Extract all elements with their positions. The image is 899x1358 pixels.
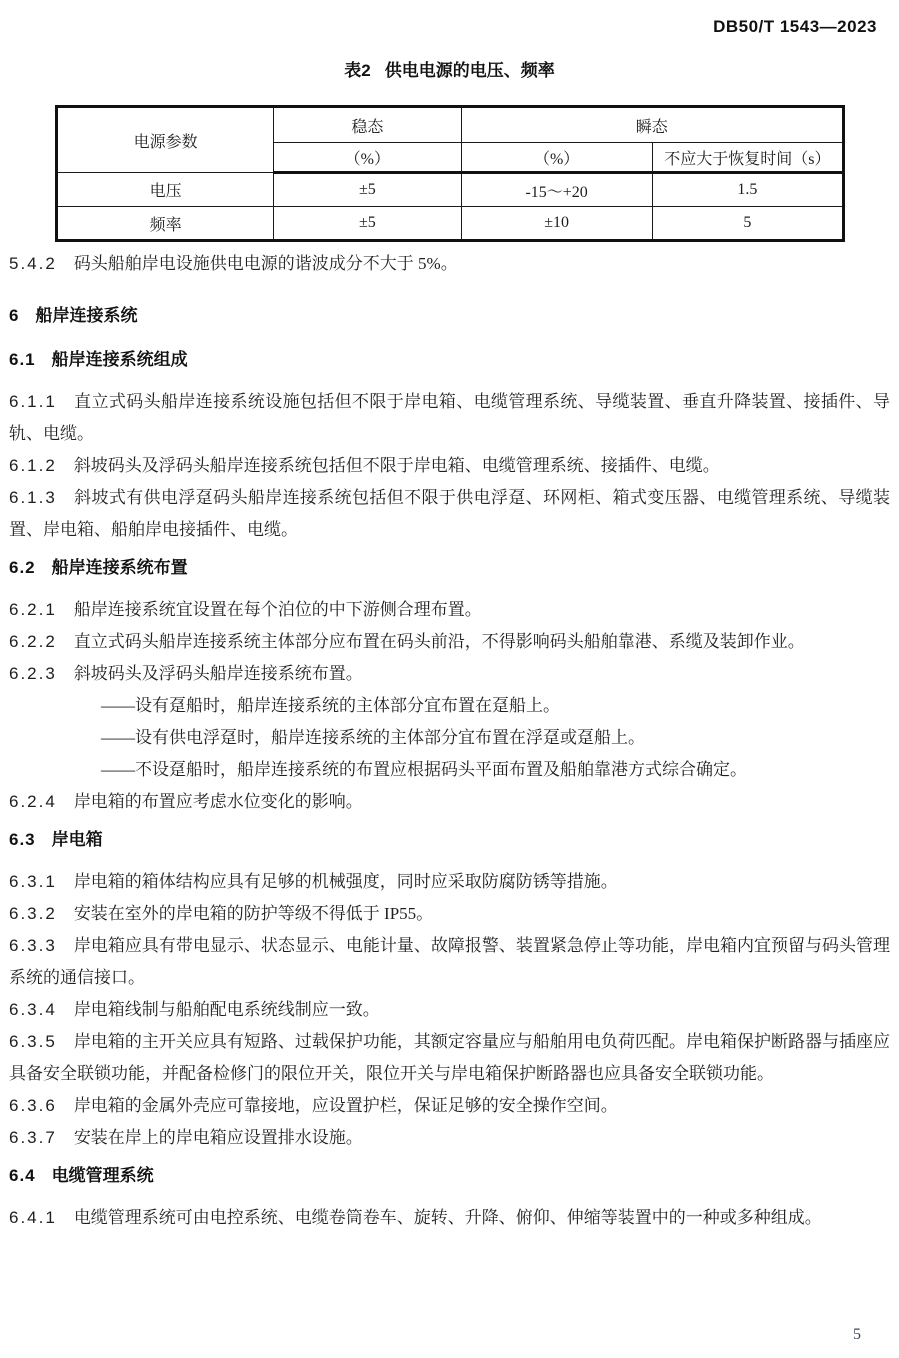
clause-text: 船岸连接系统布置 — [52, 558, 188, 577]
clause-text: 岸电箱线制与船舶配电系统线制应一致。 — [74, 1000, 380, 1019]
header-cell-recovery: 不应大于恢复时间（s） — [652, 143, 843, 173]
clause-text: 船岸连接系统 — [35, 306, 137, 325]
dash-list-item: ——设有供电浮趸时，船岸连接系统的主体部分宜布置在浮趸或趸船上。 — [9, 722, 890, 754]
section-heading: 6.2船岸连接系统布置 — [9, 552, 890, 584]
clause-number: 5.4.2 — [9, 254, 57, 273]
clause-text: ——不设趸船时，船岸连接系统的布置应根据码头平面布置及船舶靠港方式综合确定。 — [101, 760, 747, 779]
power-supply-table: 电源参数 稳态 瞬态 （%） （%） 不应大于恢复时间（s） 电压 ±5 -15… — [55, 105, 845, 242]
clause-text: 安装在室外的岸电箱的防护等级不得低于 IP55。 — [74, 904, 433, 923]
clause-paragraph: 6.3.1岸电箱的箱体结构应具有足够的机械强度，同时应采取防腐防锈等措施。 — [9, 866, 890, 898]
clause-paragraph: 6.1.3斜坡式有供电浮趸码头船岸连接系统包括但不限于供电浮趸、环网柜、箱式变压… — [9, 482, 890, 546]
cell-steady: ±5 — [274, 173, 461, 207]
clause-text: 斜坡式有供电浮趸码头船岸连接系统包括但不限于供电浮趸、环网柜、箱式变压器、电缆管… — [9, 488, 890, 539]
table-header-row-1: 电源参数 稳态 瞬态 — [57, 107, 844, 143]
cell-steady: ±5 — [274, 207, 461, 241]
clause-number: 6.3.7 — [9, 1128, 57, 1147]
clause-paragraph: 6.3.7安装在岸上的岸电箱应设置排水设施。 — [9, 1122, 890, 1154]
clause-paragraph: 6.2.2直立式码头船岸连接系统主体部分应布置在码头前沿，不得影响码头船舶靠港、… — [9, 626, 890, 658]
standard-number-header: DB50/T 1543—2023 — [713, 17, 877, 37]
clause-text: 直立式码头船岸连接系统设施包括但不限于岸电箱、电缆管理系统、导缆装置、垂直升降装… — [9, 392, 890, 443]
clause-paragraph: 6.3.6岸电箱的金属外壳应可靠接地，应设置护栏，保证足够的安全操作空间。 — [9, 1090, 890, 1122]
table-row-voltage: 电压 ±5 -15～+20 1.5 — [57, 173, 844, 207]
table-title-number: 表2 — [344, 61, 370, 80]
section-heading: 6.1船岸连接系统组成 — [9, 344, 890, 376]
clause-number: 6.3 — [9, 830, 36, 849]
table-row-frequency: 频率 ±5 ±10 5 — [57, 207, 844, 241]
clause-text: 斜坡码头及浮码头船岸连接系统包括但不限于岸电箱、电缆管理系统、接插件、电缆。 — [74, 456, 720, 475]
clause-number: 6.1.3 — [9, 488, 57, 507]
cell-recovery: 5 — [652, 207, 843, 241]
cell-transient: ±10 — [461, 207, 652, 241]
clause-number: 6 — [9, 306, 19, 325]
header-cell-steady-unit: （%） — [274, 143, 461, 173]
clause-number: 6.4 — [9, 1166, 36, 1185]
page-content: 表2供电电源的电压、频率 电源参数 稳态 瞬态 （%） （%） 不应大于恢复时间… — [0, 0, 899, 1234]
header-cell-transient-unit: （%） — [461, 143, 652, 173]
section-heading: 6.4电缆管理系统 — [9, 1160, 890, 1192]
table-title: 表2供电电源的电压、频率 — [9, 0, 890, 81]
clause-number: 6.3.5 — [9, 1032, 57, 1051]
cell-param: 电压 — [57, 173, 274, 207]
clause-text: 斜坡码头及浮码头船岸连接系统布置。 — [74, 664, 363, 683]
cell-transient: -15～+20 — [461, 173, 652, 207]
clause-number: 6.2.2 — [9, 632, 57, 651]
clause-paragraph: 6.1.1直立式码头船岸连接系统设施包括但不限于岸电箱、电缆管理系统、导缆装置、… — [9, 386, 890, 450]
section-heading: 6.3岸电箱 — [9, 824, 890, 856]
clause-paragraph: 6.3.4岸电箱线制与船舶配电系统线制应一致。 — [9, 994, 890, 1026]
clause-text: 码头船舶岸电设施供电电源的谐波成分不大于 5%。 — [74, 254, 458, 273]
header-cell-steady: 稳态 — [274, 107, 461, 143]
dash-list-item: ——设有趸船时，船岸连接系统的主体部分宜布置在趸船上。 — [9, 690, 890, 722]
clause-paragraph: 6.2.4岸电箱的布置应考虑水位变化的影响。 — [9, 786, 890, 818]
clause-text: 直立式码头船岸连接系统主体部分应布置在码头前沿，不得影响码头船舶靠港、系缆及装卸… — [74, 632, 805, 651]
clause-text: 岸电箱的布置应考虑水位变化的影响。 — [74, 792, 363, 811]
clause-paragraph: 6.3.2安装在室外的岸电箱的防护等级不得低于 IP55。 — [9, 898, 890, 930]
clause-number: 6.2.3 — [9, 664, 57, 683]
clause-paragraph: 5.4.2码头船舶岸电设施供电电源的谐波成分不大于 5%。 — [9, 248, 890, 280]
document-page: DB50/T 1543—2023 表2供电电源的电压、频率 电源参数 稳态 瞬态… — [0, 0, 899, 1358]
chapter-heading: 6船岸连接系统 — [9, 300, 890, 332]
clause-number: 6.1.2 — [9, 456, 57, 475]
clause-paragraph: 6.2.1船岸连接系统宜设置在每个泊位的中下游侧合理布置。 — [9, 594, 890, 626]
clause-text: 安装在岸上的岸电箱应设置排水设施。 — [74, 1128, 363, 1147]
cell-recovery: 1.5 — [652, 173, 843, 207]
clause-paragraph: 6.2.3斜坡码头及浮码头船岸连接系统布置。 — [9, 658, 890, 690]
clause-text: ——设有趸船时，船岸连接系统的主体部分宜布置在趸船上。 — [101, 696, 560, 715]
clause-number: 6.3.1 — [9, 872, 57, 891]
clause-paragraph: 6.1.2斜坡码头及浮码头船岸连接系统包括但不限于岸电箱、电缆管理系统、接插件、… — [9, 450, 890, 482]
clause-number: 6.3.3 — [9, 936, 57, 955]
clause-number: 6.2.1 — [9, 600, 57, 619]
clause-paragraph: 6.4.1电缆管理系统可由电控系统、电缆卷筒卷车、旋转、升降、俯仰、伸缩等装置中… — [9, 1202, 890, 1234]
clause-text: 电缆管理系统可由电控系统、电缆卷筒卷车、旋转、升降、俯仰、伸缩等装置中的一种或多… — [74, 1208, 822, 1227]
clause-paragraph: 6.3.3岸电箱应具有带电显示、状态显示、电能计量、故障报警、装置紧急停止等功能… — [9, 930, 890, 994]
clause-paragraph: 6.3.5岸电箱的主开关应具有短路、过载保护功能，其额定容量应与船舶用电负荷匹配… — [9, 1026, 890, 1090]
clause-text: 岸电箱的主开关应具有短路、过载保护功能，其额定容量应与船舶用电负荷匹配。岸电箱保… — [9, 1032, 890, 1083]
clause-text: 电缆管理系统 — [52, 1166, 154, 1185]
clause-text: 岸电箱 — [52, 830, 103, 849]
cell-param: 频率 — [57, 207, 274, 241]
page-number: 5 — [853, 1326, 861, 1344]
clause-number: 6.1.1 — [9, 392, 57, 411]
clause-number: 6.1 — [9, 350, 36, 369]
dash-list-item: ——不设趸船时，船岸连接系统的布置应根据码头平面布置及船舶靠港方式综合确定。 — [9, 754, 890, 786]
table-title-text: 供电电源的电压、频率 — [385, 61, 555, 80]
clause-number: 6.4.1 — [9, 1208, 57, 1227]
clause-number: 6.2.4 — [9, 792, 57, 811]
clause-number: 6.3.2 — [9, 904, 57, 923]
clause-text: 岸电箱应具有带电显示、状态显示、电能计量、故障报警、装置紧急停止等功能，岸电箱内… — [9, 936, 890, 987]
clause-text: 岸电箱的金属外壳应可靠接地，应设置护栏，保证足够的安全操作空间。 — [74, 1096, 618, 1115]
clause-text: ——设有供电浮趸时，船岸连接系统的主体部分宜布置在浮趸或趸船上。 — [101, 728, 645, 747]
header-cell-transient: 瞬态 — [461, 107, 844, 143]
clause-number: 6.2 — [9, 558, 36, 577]
body-text: 5.4.2码头船舶岸电设施供电电源的谐波成分不大于 5%。6船岸连接系统6.1船… — [9, 248, 890, 1234]
clause-number: 6.3.4 — [9, 1000, 57, 1019]
clause-text: 船岸连接系统组成 — [52, 350, 188, 369]
clause-text: 船岸连接系统宜设置在每个泊位的中下游侧合理布置。 — [74, 600, 482, 619]
clause-text: 岸电箱的箱体结构应具有足够的机械强度，同时应采取防腐防锈等措施。 — [74, 872, 618, 891]
header-cell-param: 电源参数 — [57, 107, 274, 173]
clause-number: 6.3.6 — [9, 1096, 57, 1115]
